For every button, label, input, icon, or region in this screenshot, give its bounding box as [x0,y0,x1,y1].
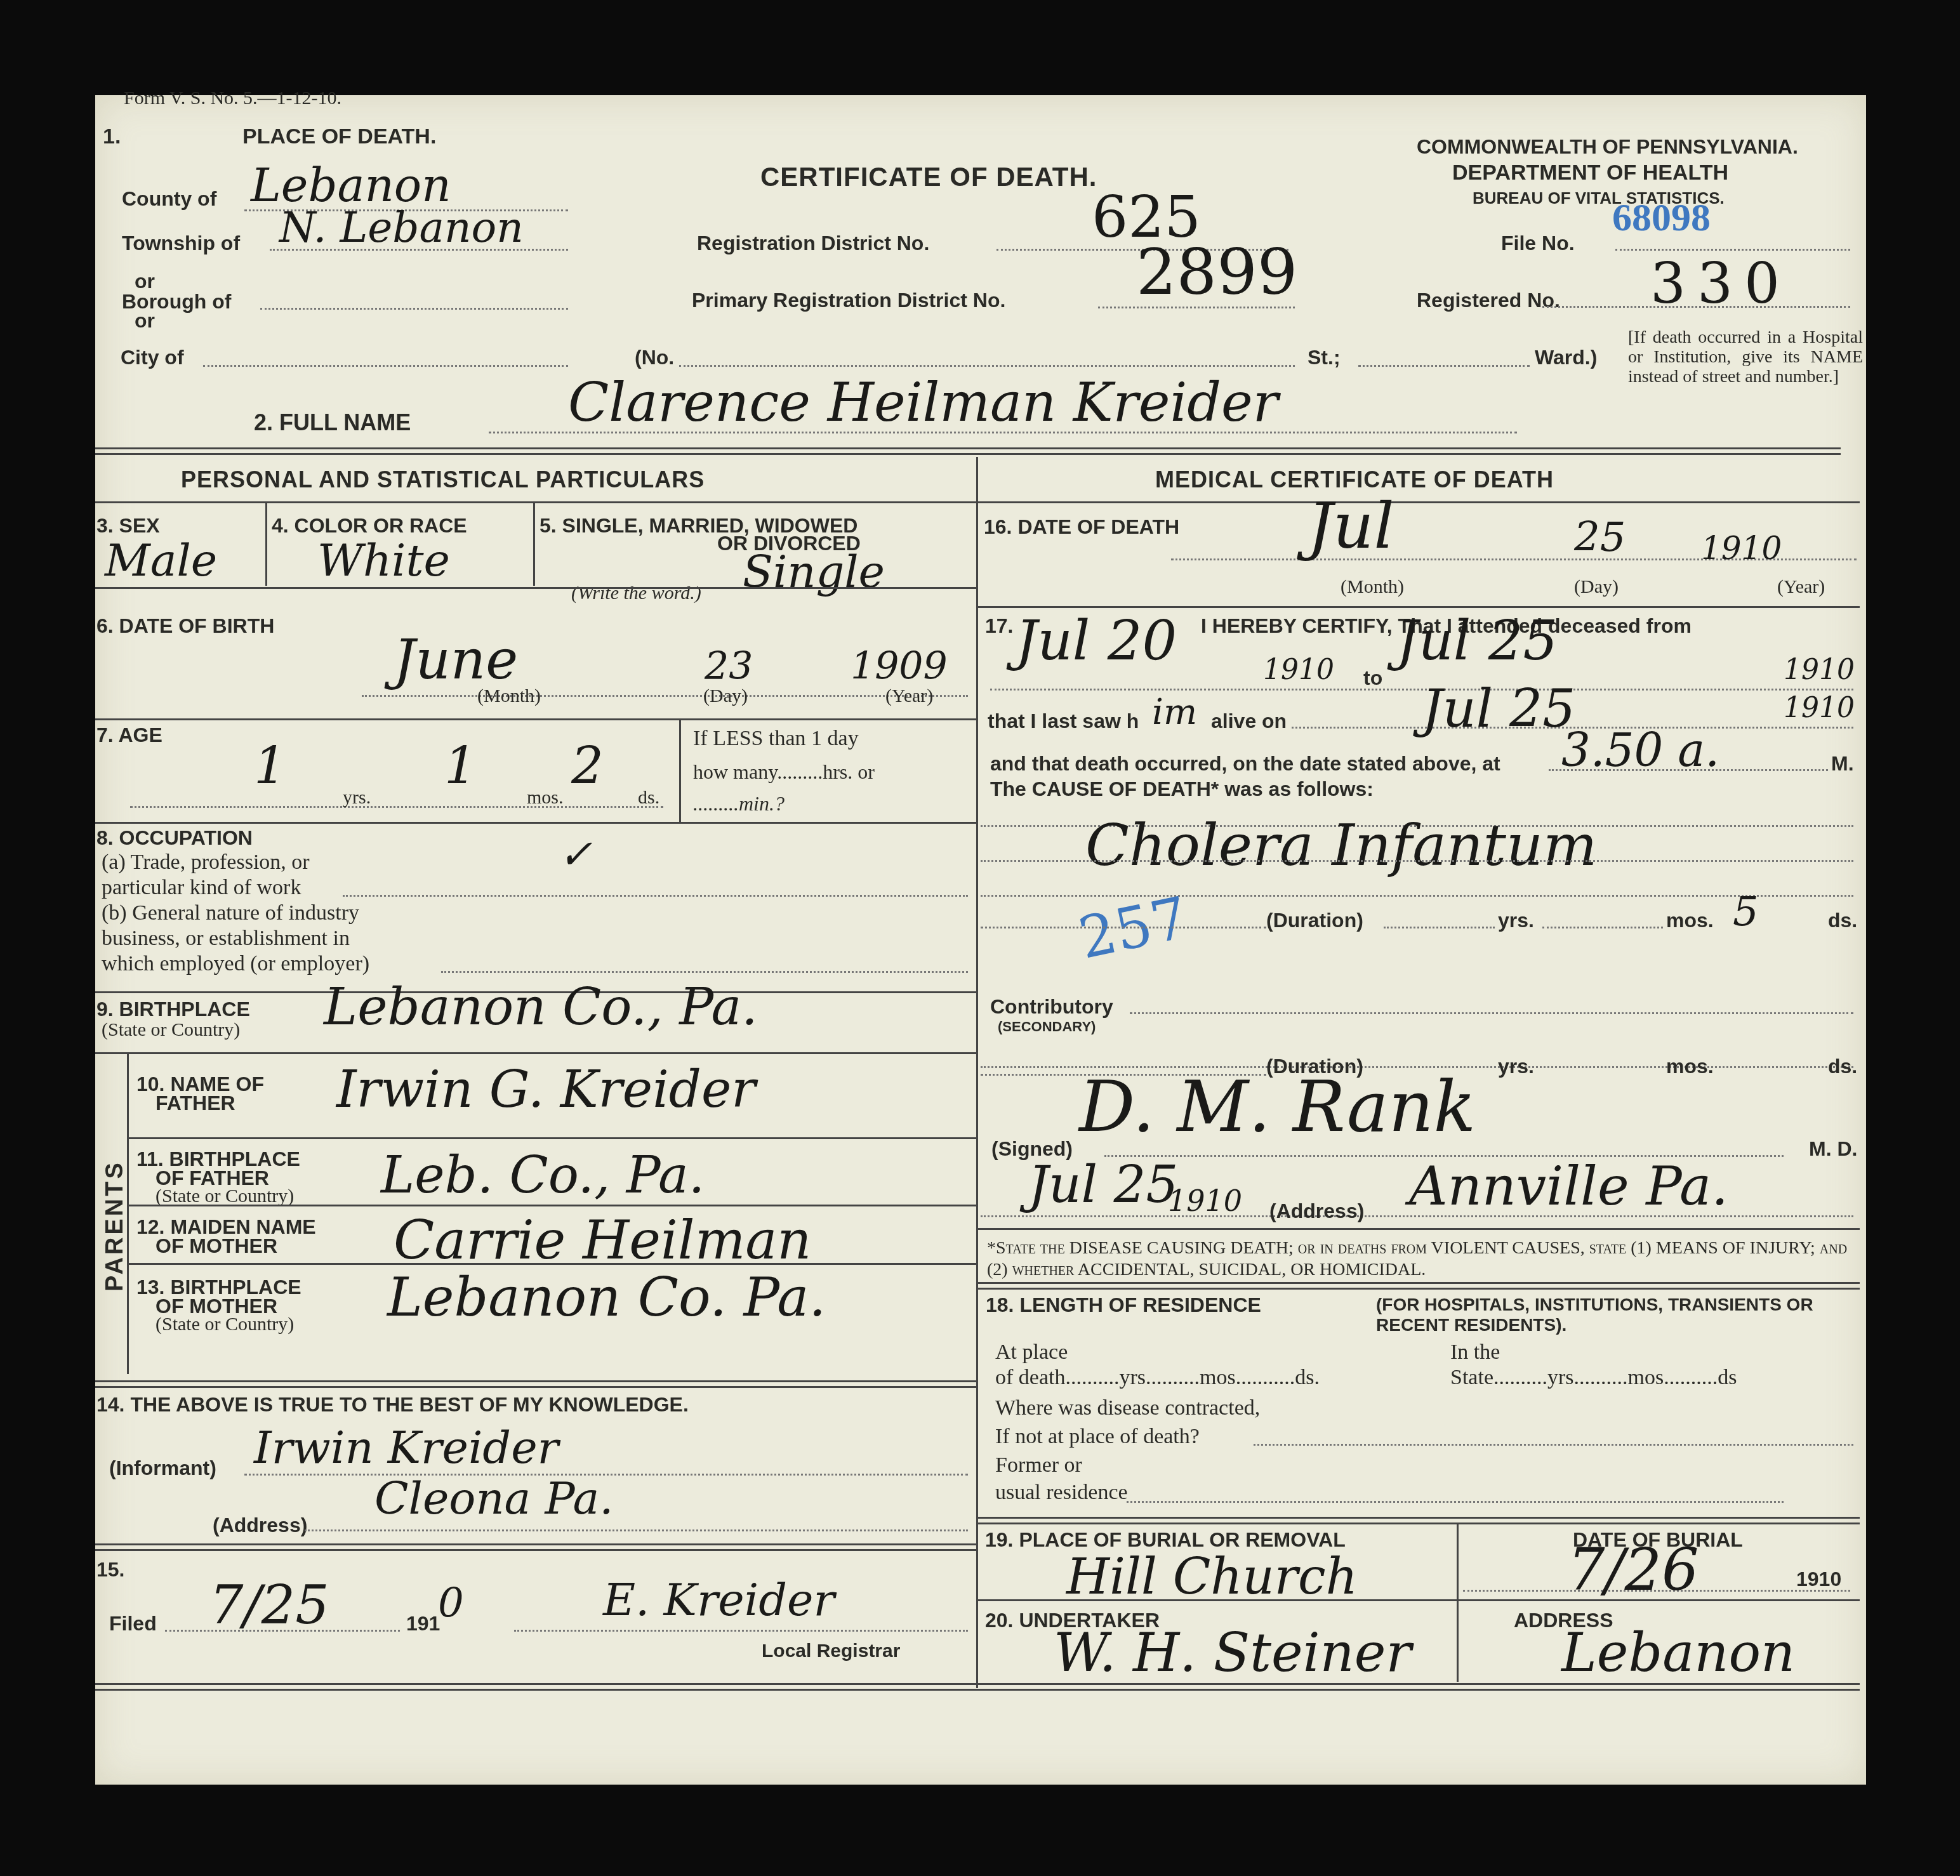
attended-from-date[interactable]: Jul 20 [1016,609,1177,673]
divider [127,1263,976,1265]
filed-date[interactable]: 7/25 [209,1574,329,1636]
contracted-label-2: If not at place of death? [995,1425,1200,1449]
file-number-stamp: 68098 [1612,195,1711,241]
filed-year-prefix: 191 [406,1612,440,1635]
township-value[interactable]: N. Lebanon [279,203,524,252]
filed-label: Filed [109,1612,157,1635]
age-days[interactable]: 2 [571,736,604,795]
undertaker-value[interactable]: W. H. Steiner [1054,1622,1412,1684]
undertaker-address-value[interactable]: Lebanon [1561,1622,1795,1684]
informant-label: (Informant) [109,1457,216,1480]
hospital-note: [If death occurred in a Hospital or Inst… [1628,327,1863,386]
father-birthplace-sub: (State or Country) [156,1186,294,1207]
form-number: Form V. S. No. 5.—1-12-10. [124,88,341,109]
divider [95,822,976,824]
death-time-value[interactable]: 3.50 a. [1561,723,1719,777]
full-name-label: 2. FULL NAME [254,409,411,436]
primary-district-value[interactable]: 2899 [1136,235,1298,309]
full-name-value[interactable]: Clarence Heilman Kreider [568,371,1278,433]
ward-line[interactable] [1358,365,1530,367]
last-saw-year[interactable]: 1910 [1784,692,1855,724]
secondary-label: (SECONDARY) [998,1019,1096,1035]
dob-day-caption: (Day) [703,685,748,707]
ward-label: Ward.) [1535,346,1597,369]
father-name-value[interactable]: Irwin G. Kreider [336,1060,756,1119]
birthplace-label: 9. BIRTHPLACE [96,998,250,1021]
former-residence-label: Former or [995,1453,1082,1477]
duration-yrs-line [1384,927,1495,928]
duration-2-yrs-label: yrs. [1498,1055,1534,1078]
parents-label: PARENTS [102,1160,129,1291]
less-than-day-1: If LESS than 1 day [693,727,859,751]
cause-line-2 [981,860,1853,862]
informant-heading: 14. THE ABOVE IS TRUE TO THE BEST OF MY … [96,1393,689,1417]
divider [95,1380,976,1388]
registrar-signature[interactable]: E. Kreider [603,1574,835,1626]
last-saw-date[interactable]: Jul 25 [1422,679,1575,739]
divider [95,1052,976,1054]
cause-value[interactable]: Cholera Infantum [1085,812,1597,879]
md-label: M. D. [1809,1137,1857,1161]
age-years[interactable]: 1 [254,736,286,795]
age-mos-label: mos. [527,787,564,809]
dob-month[interactable]: June [394,628,518,692]
contracted-line[interactable] [1254,1444,1853,1446]
duration-line [981,927,1266,928]
dod-day-caption: (Day) [1574,576,1619,598]
divider [265,503,267,586]
in-state-label: In the [1450,1340,1500,1364]
duration-yrs-label: yrs. [1498,909,1534,932]
county-label: County of [122,187,216,211]
residence-heading: 18. LENGTH OF RESIDENCE [986,1293,1261,1317]
age-months[interactable]: 1 [444,736,477,795]
father-label-2: FATHER [156,1092,235,1115]
informant-value[interactable]: Irwin Kreider [254,1422,559,1474]
informant-address-line [305,1529,968,1531]
dod-year[interactable]: 1910 [1701,530,1782,567]
duration-mos-label: mos. [1666,909,1714,932]
age-line [130,806,663,808]
cause-label: The CAUSE OF DEATH* was as follows: [990,777,1374,801]
borough-line[interactable] [260,308,568,310]
occupation-a-line [343,895,968,897]
duration-label: (Duration) [1266,909,1363,932]
divider [127,1205,976,1206]
divider [95,501,976,503]
at-place-label: At place [995,1340,1068,1364]
township-label: Township of [122,232,240,255]
divider [977,1228,1860,1230]
registrar-line [514,1630,968,1632]
registered-no-value[interactable]: 330 [1650,251,1791,316]
divider [977,1282,1860,1290]
cause-footnote: *State the DISEASE CAUSING DEATH; or in … [987,1238,1857,1281]
last-saw-label: that I last saw h [988,710,1139,733]
divider [977,501,1860,503]
physician-signature[interactable]: D. M. Rank [1079,1066,1476,1147]
certify-number: 17. [985,614,1013,638]
occupation-a1: (a) Trade, profession, or [102,850,310,875]
divider [533,503,535,586]
divider [95,587,976,589]
race-value[interactable]: White [317,534,450,586]
in-state-fields[interactable]: State..........yrs..........mos.........… [1450,1366,1737,1390]
signed-year[interactable]: 1910 [1168,1184,1242,1218]
burial-date-value[interactable]: 7/26 [1568,1536,1699,1604]
occupation-b-line [441,971,968,973]
father-birthplace-value[interactable]: Leb. Co., Pa. [381,1146,705,1205]
burial-place-value[interactable]: Hill Church [1066,1549,1358,1606]
registered-no-label: Registered No. [1417,289,1560,312]
occupation-label: 8. OCCUPATION [96,826,253,850]
contributory-label: Contributory [990,995,1113,1019]
occupation-b2: business, or establishment in [102,927,350,951]
cause-line-3 [981,895,1853,897]
duration-2-ds-label: ds. [1828,1055,1857,1078]
informant-address-value[interactable]: Cleona Pa. [374,1472,614,1524]
section-number-15: 15. [96,1558,124,1582]
to-label: to [1363,666,1382,690]
file-no-label: File No. [1501,232,1575,255]
attended-from-year[interactable]: 1910 [1263,654,1334,686]
dob-year[interactable]: 1909 [851,644,948,689]
column-divider [976,457,978,1688]
agency-commonwealth: COMMONWEALTH OF PENNSYLVANIA. [1417,135,1798,159]
duration-days-value[interactable]: 5 [1733,888,1759,935]
age-yrs-label: yrs. [343,787,371,809]
former-residence-line[interactable] [1127,1501,1784,1503]
street-number-label: (No. [635,346,674,369]
mother-name-value[interactable]: Carrie Heilman [394,1209,811,1271]
certificate-title: CERTIFICATE OF DEATH. [760,162,1097,192]
marital-value[interactable]: Single [743,546,885,598]
divider [977,1599,1860,1601]
signed-date[interactable]: Jul 25 [1028,1155,1178,1214]
divider [679,720,681,822]
last-saw-pronoun[interactable]: im [1152,692,1197,733]
attended-to-date[interactable]: Jul 25 [1396,609,1558,673]
dob-year-caption: (Year) [885,685,933,707]
duration-2-mos-label: mos. [1666,1055,1714,1078]
contributory-line-1 [1130,1012,1853,1014]
dob-line [362,695,968,697]
place-of-death-heading: PLACE OF DEATH. [242,124,436,149]
or-label: or [135,309,155,333]
contracted-label: Where was disease contracted, [995,1396,1260,1420]
header-divider [95,447,1841,455]
attended-to-year[interactable]: 1910 [1784,654,1855,686]
city-line[interactable] [203,365,568,367]
dod-month-caption: (Month) [1341,576,1404,598]
divider [977,606,1860,608]
less-than-day-3: .........min.? [693,792,785,816]
death-time-text: and that death occurred, on the date sta… [990,752,1500,776]
age-ds-label: ds. [638,787,659,809]
date-of-death-label: 16. DATE OF DEATH [984,515,1179,539]
divider [95,718,976,720]
divider [95,1543,976,1551]
local-registrar-label: Local Registrar [762,1641,900,1662]
marital-hint: (Write the word.) [571,583,701,604]
birthplace-sub: (State or Country) [102,1019,240,1041]
physician-address-value[interactable]: Annville Pa. [1409,1155,1728,1217]
bottom-divider [95,1683,1860,1691]
street-label: St.; [1308,346,1341,369]
street-line[interactable] [679,365,1295,367]
birthplace-value[interactable]: Lebanon Co., Pa. [324,977,758,1036]
city-label: City of [121,346,184,369]
former-residence-label-2: usual residence [995,1481,1128,1505]
personal-heading: PERSONAL AND STATISTICAL PARTICULARS [181,466,705,493]
primary-district-label: Primary Registration District No. [692,289,1005,312]
at-place-fields[interactable]: of death..........yrs..........mos......… [995,1366,1320,1390]
sex-value[interactable]: Male [105,534,217,586]
dob-day[interactable]: 23 [705,644,753,689]
divider [127,1137,976,1139]
filed-year-suffix[interactable]: 0 [438,1580,464,1627]
mother-birthplace-sub: (State or Country) [156,1314,294,1335]
registration-district-label: Registration District No. [697,232,929,255]
duration-ds-label: ds. [1828,909,1857,932]
occupation-b1: (b) General nature of industry [102,901,359,925]
alive-on-label: alive on [1211,710,1287,733]
physician-address-label: (Address) [1269,1199,1364,1223]
burial-year-value[interactable]: 1910 [1796,1568,1841,1591]
occupation-a2: particular kind of work [102,876,301,900]
dob-label: 6. DATE OF BIRTH [96,614,274,638]
section-number-1: 1. [103,124,121,149]
dod-day[interactable]: 25 [1574,514,1626,561]
duration-mos-line [1542,927,1663,928]
m-label: M. [1831,752,1854,776]
residence-heading-sub: (FOR HOSPITALS, INSTITUTIONS, TRANSIENTS… [1376,1295,1858,1335]
dod-year-caption: (Year) [1777,576,1825,598]
dob-month-caption: (Month) [477,685,541,707]
less-than-day-2: how many.........hrs. or [693,760,875,784]
mother-birthplace-value[interactable]: Lebanon Co. Pa. [387,1266,826,1328]
agency-department: DEPARTMENT OF HEALTH [1452,161,1728,185]
informant-address-label: (Address) [213,1514,307,1537]
occupation-value[interactable]: ✓ [559,831,593,878]
mother-label-2: OF MOTHER [156,1234,277,1258]
divider [1457,1523,1459,1682]
age-label: 7. AGE [96,723,162,747]
occupation-b3: which employed (or employer) [102,952,369,976]
dod-month[interactable]: Jul [1308,489,1394,563]
divider [977,1517,1860,1524]
